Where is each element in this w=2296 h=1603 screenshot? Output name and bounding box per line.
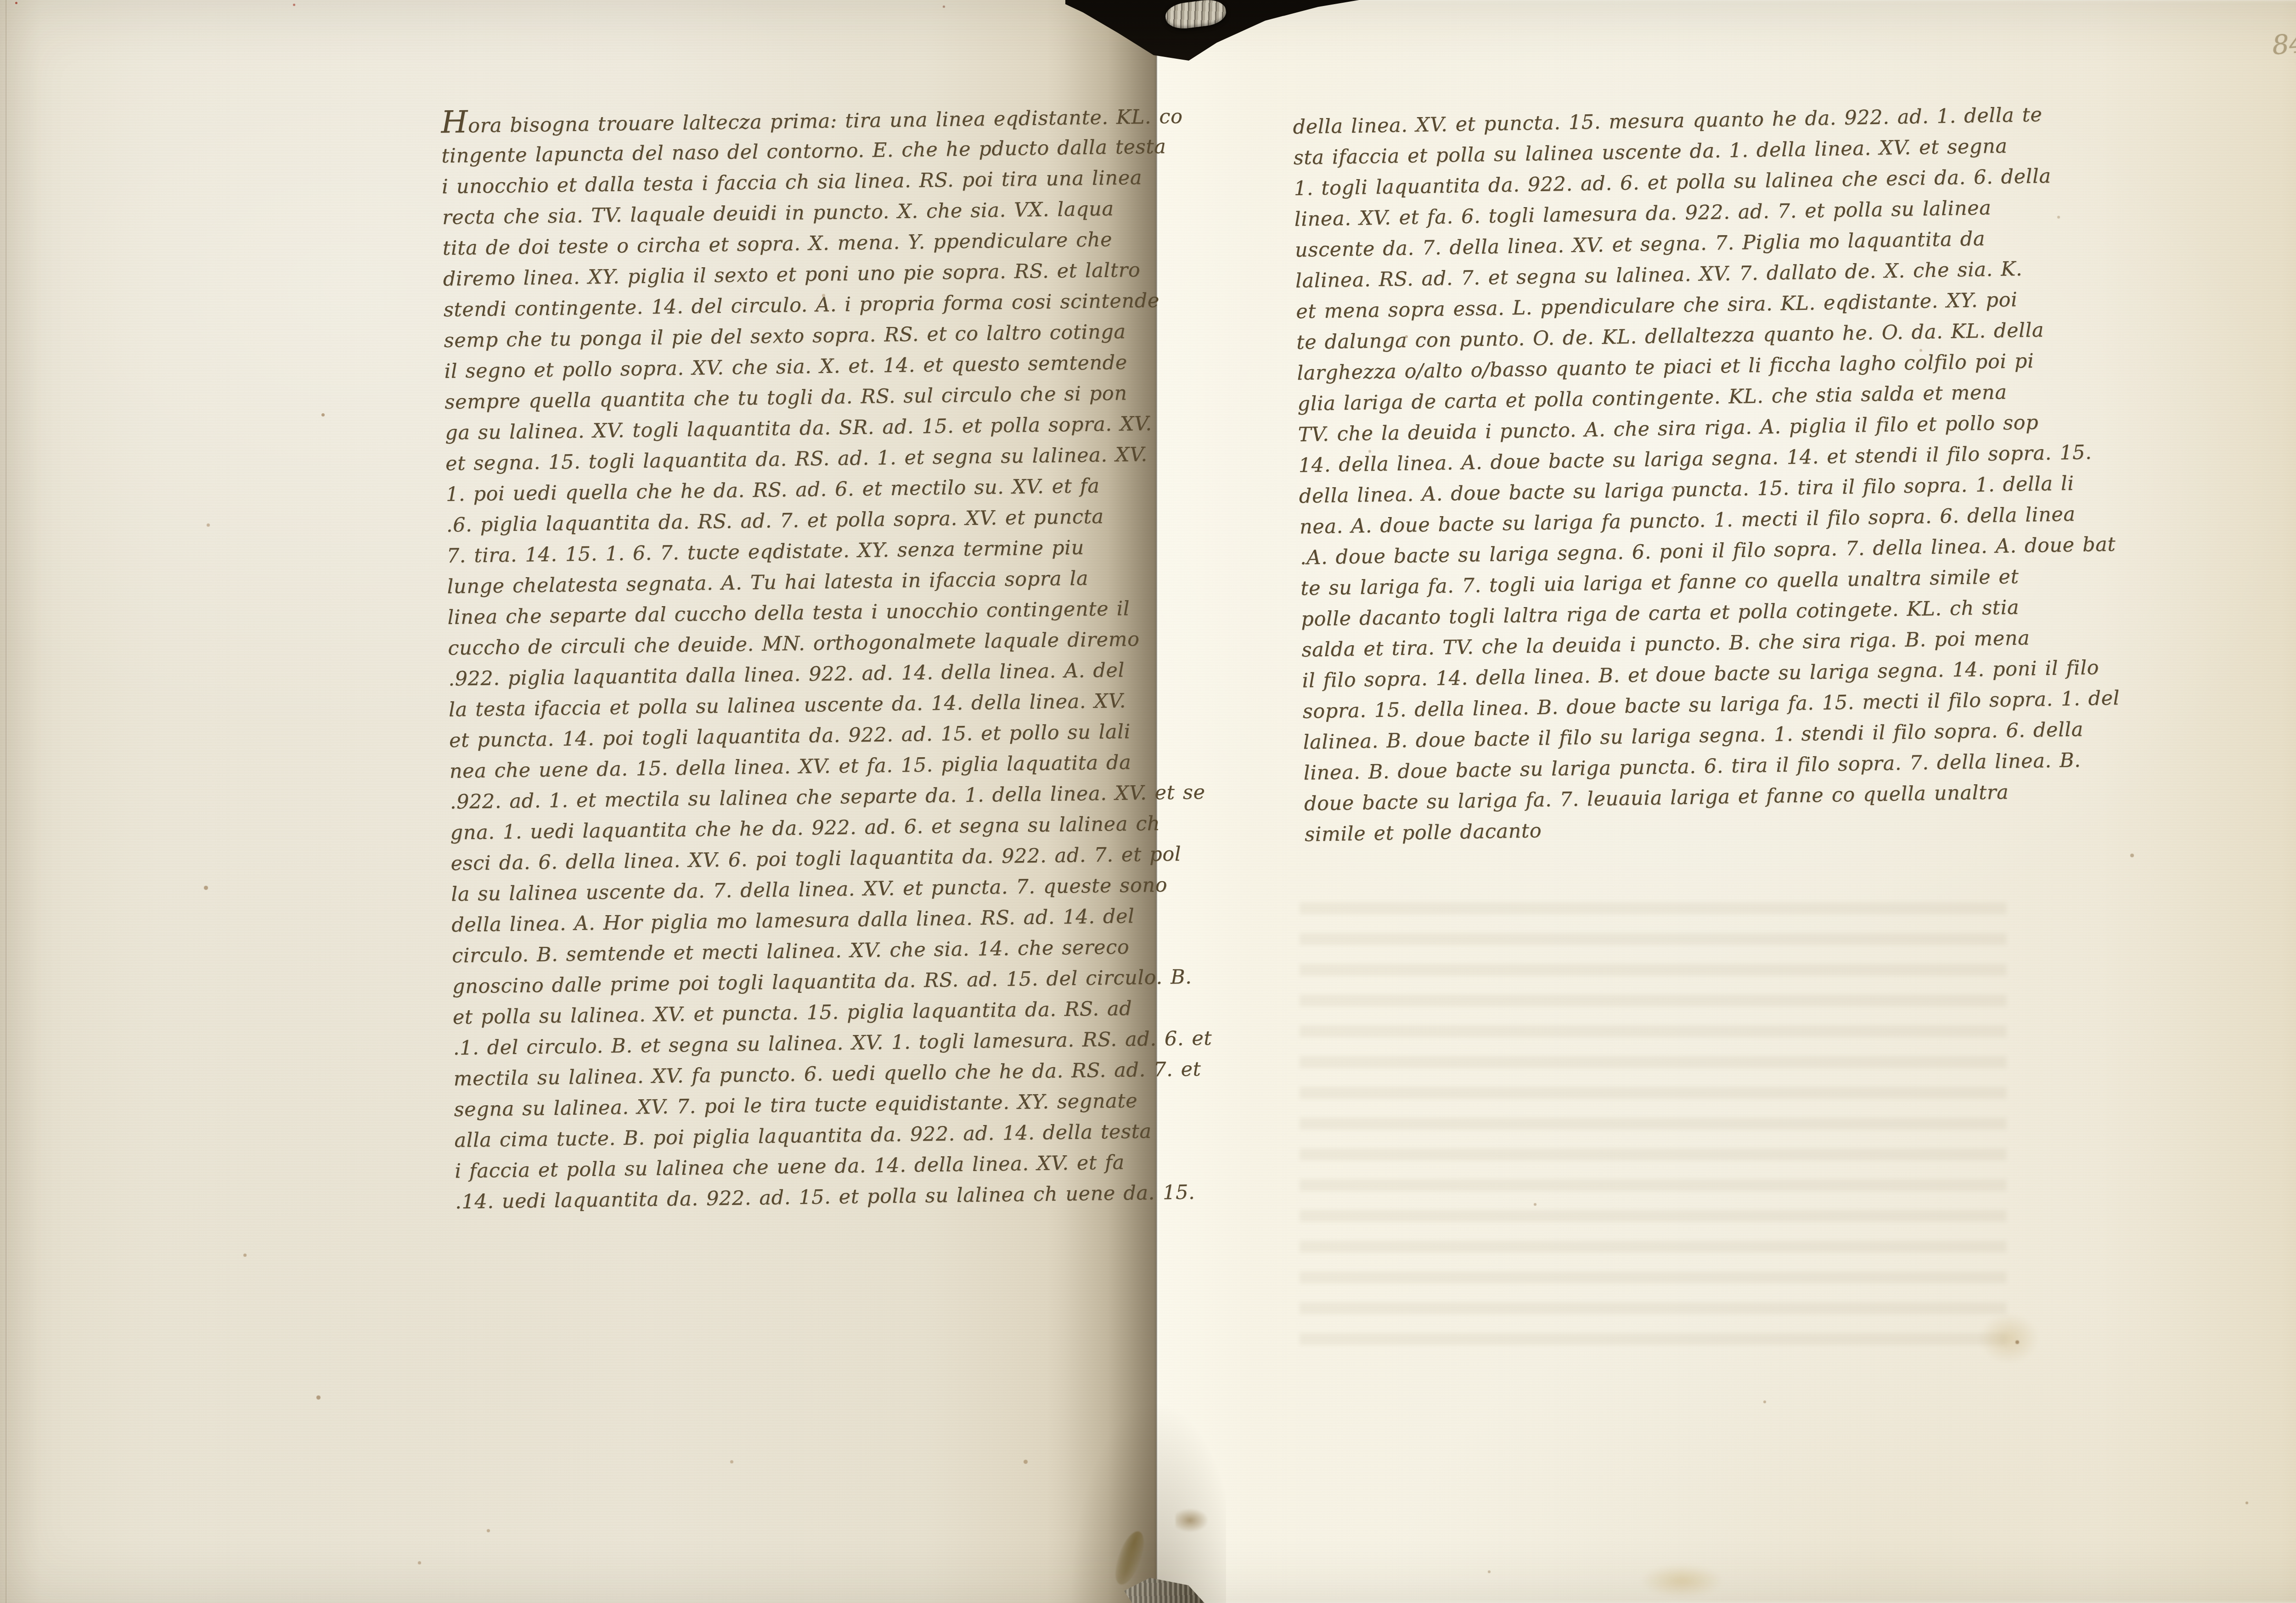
foxing-spots-left: [321, 413, 325, 416]
manuscript-text-right: della linea. XV. et puncta. 15. mesura q…: [1293, 98, 2122, 850]
foxing-spots-right: [1405, 335, 1408, 338]
yellow-stain-bottom: [1642, 1565, 1722, 1597]
yellow-stain-right: [1979, 1313, 2039, 1364]
manuscript-text-left: Hora bisogna trouare laltecza prima: tir…: [441, 100, 1214, 1217]
brown-stain: [1176, 1509, 1208, 1532]
left-page-edge: [6, 0, 8, 1603]
manuscript-book-spread: Hora bisogna trouare laltecza prima: tir…: [0, 0, 2296, 1603]
show-through-text: [1300, 902, 2007, 1357]
folio-number: 84: [2271, 28, 2296, 61]
top-edge-specks: [15, 2, 17, 4]
gutter-bottom-shadow: [1070, 1401, 1226, 1603]
